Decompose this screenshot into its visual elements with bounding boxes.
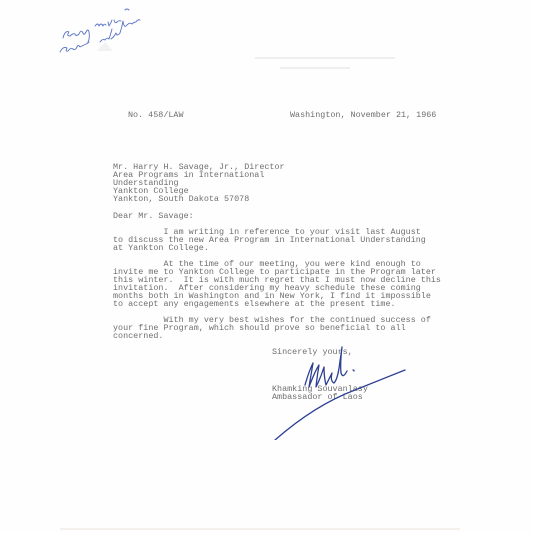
embossed-letterhead [255, 55, 395, 77]
letterhead-line-2 [280, 67, 350, 69]
place-date: Washington, November 21, 1966 [290, 111, 436, 119]
reference-number: No. 458/LAW [128, 111, 184, 119]
body-line: to accept any engagements elsewhere at t… [113, 300, 396, 308]
handwritten-signature [255, 325, 415, 440]
body-line: at Yankton College. [113, 244, 209, 252]
salutation: Dear Mr. Savage: [113, 212, 194, 220]
letterhead-line-1 [255, 57, 395, 59]
handwritten-note [55, 0, 185, 55]
page-bottom-edge [60, 528, 460, 530]
embossed-emblem-icon [95, 40, 115, 52]
letter-page: No. 458/LAW Washington, November 21, 196… [0, 0, 533, 533]
body-line: concerned. [113, 332, 163, 340]
recipient-line: Yankton, South Dakota 57078 [113, 195, 249, 203]
